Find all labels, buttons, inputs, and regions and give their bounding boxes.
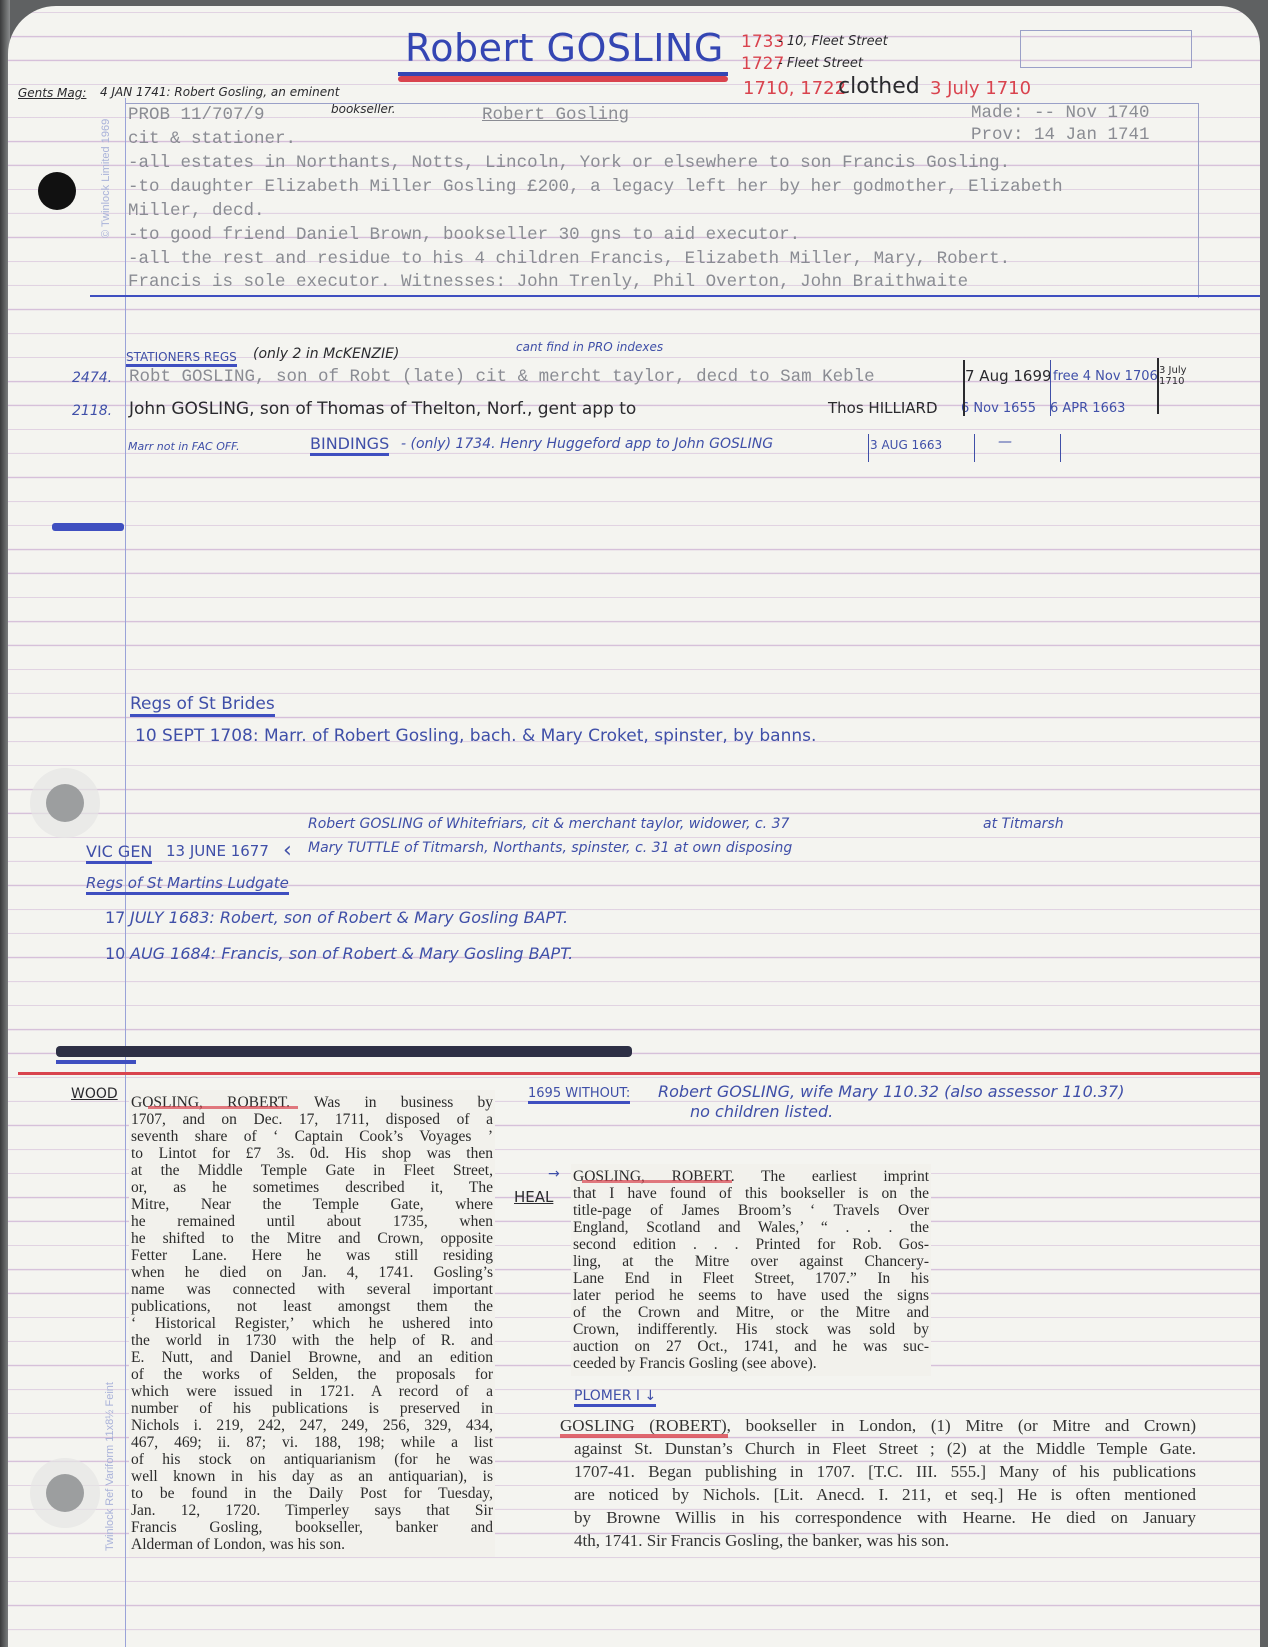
clothed-date-column: 3 July 1710 <box>1159 365 1189 387</box>
wood-line: Jan. 12, 1720. Timperley says that Sir <box>131 1502 493 1519</box>
entry-number: 2118. <box>72 403 112 419</box>
wood-line: or, as he sometimes described it, The <box>131 1179 493 1196</box>
plomer-line: against St. Dunstan’s Church in Fleet St… <box>560 1437 1196 1460</box>
wood-line: he shifted to the Mitre and Crown, oppos… <box>131 1230 493 1247</box>
wood-line: E. Nutt, and Daniel Browne, and an editi… <box>131 1349 493 1366</box>
stationers-entry: John GOSLING, son of Thomas of Thelton, … <box>129 399 636 419</box>
will-made-date: Made: -- Nov 1740 <box>971 103 1150 123</box>
section-divider-red <box>18 1072 1260 1075</box>
column-divider <box>963 360 965 416</box>
column-divider <box>1060 434 1061 462</box>
stationers-entry: Robt GOSLING, son of Robt (late) cit & m… <box>129 367 875 387</box>
heal-clipping: GOSLING, ROBERT. The earliest imprint th… <box>571 1164 931 1376</box>
will-line: cit & stationer. <box>128 129 296 149</box>
baptism-day: 10 <box>105 944 125 963</box>
wood-line: 1707, and on Dec. 17, 1711, disposed of … <box>131 1111 493 1128</box>
plomer-heading: PLOMER I ↓ <box>574 1388 656 1407</box>
column-divider <box>868 434 869 462</box>
clothed-label: clothed <box>838 74 920 99</box>
st-brides-heading-text: Regs of St Brides <box>130 694 275 717</box>
wood-line: ‘ Historical Register,’ which he ushered… <box>131 1315 493 1332</box>
without-text: Robert GOSLING, wife Mary 110.32 (also a… <box>658 1082 1124 1101</box>
will-testator: Robert Gosling <box>482 105 629 125</box>
title-underline-red <box>398 76 728 82</box>
column-divider <box>974 434 975 462</box>
bindings-heading: BINDINGS <box>310 434 389 456</box>
wood-line: the world in 1730 with the help of R. an… <box>131 1332 493 1349</box>
wood-line: to be found in the Daily Post for Tuesda… <box>131 1485 493 1502</box>
will-line: -to good friend Daniel Brown, bookseller… <box>128 225 800 245</box>
heal-line: title-page of James Broom’s ‘ Travels Ov… <box>573 1202 929 1219</box>
printer-mark-top: © Twinlock Limited 1969 <box>100 119 112 238</box>
bound-date: 7 Aug 1699 <box>965 367 1052 385</box>
will-line: -all estates in Northants, Notts, Lincol… <box>128 153 1010 173</box>
plomer-line: 1707-41. Began publishing in 1707. [T.C.… <box>560 1460 1196 1483</box>
vicgen-label: VIC GEN <box>86 842 152 861</box>
plomer-line: 4th, 1741. Sir Francis Gosling, the bank… <box>560 1529 1196 1552</box>
wood-line: which were issued in 1721. A record of a <box>131 1383 493 1400</box>
marr-note: Marr not in FAC OFF. <box>128 440 240 453</box>
stationers-aside: cant find in PRO indexes <box>516 340 663 354</box>
clothed-date: 3 July 1710 <box>930 78 1031 99</box>
gents-mag-text: 4 JAN 1741: Robert Gosling, an eminent <box>100 85 339 99</box>
record-card: © Twinlock Limited 1969 Twinlock Ref Var… <box>8 6 1260 1647</box>
wood-line: Mitre, Near the Temple Gate, where <box>131 1196 493 1213</box>
bindings-label: BINDINGS <box>310 434 389 453</box>
wood-line: at the Middle Temple Gate in Fleet Stree… <box>131 1162 493 1179</box>
stationers-note: (only 2 in McKENZIE) <box>253 346 399 362</box>
wood-label: WOOD <box>71 1086 118 1102</box>
wood-line: to Lintot for £7 3s. 0d. His shop was th… <box>131 1145 493 1162</box>
punch-hole-bottom <box>46 1474 84 1512</box>
wood-line: name was connected with several importan… <box>131 1281 493 1298</box>
arrow-right-icon: → <box>548 1166 560 1182</box>
punch-hole-middle <box>46 784 84 822</box>
vicgen-line-1: Robert GOSLING of Whitefriars, cit & mer… <box>308 816 789 832</box>
will-line: -to daughter Elizabeth Miller Gosling £2… <box>128 177 1063 197</box>
entry-number: 2474. <box>72 370 112 386</box>
wood-line: of his stock on antiquarianism (for he w… <box>131 1451 493 1468</box>
plomer-highlight <box>560 1434 728 1438</box>
printer-mark-bottom: Twinlock Ref Variform 11x8½ Feint <box>104 1382 116 1551</box>
vicgen-marker <box>52 523 124 531</box>
wood-line: of the works of Selden, the proposals fo… <box>131 1366 493 1383</box>
wood-line: 467, 469; ii. 87; vi. 188, 198; while a … <box>131 1434 493 1451</box>
plomer-line: by Browne Willis in his correspondence w… <box>560 1506 1196 1529</box>
punch-hole-top <box>38 172 76 210</box>
will-reference: PROB 11/707/9 <box>128 105 265 125</box>
heal-line: Crown, indifferently. His stock was sold… <box>573 1321 929 1338</box>
baptism-entry: AUG 1684: Francis, son of Robert & Mary … <box>130 944 573 963</box>
heal-line: auction on 27 Oct., 1741, and he was suc… <box>573 1338 929 1355</box>
margin-line <box>125 98 126 1647</box>
st-martins-heading-text: Regs of St Martins Ludgate <box>86 874 289 895</box>
heal-line: that I have found of this bookseller is … <box>573 1185 929 1202</box>
st-brides-heading: Regs of St Brides <box>130 694 275 714</box>
heal-line: of the Crown and Mitre, or the Mitre and <box>573 1304 929 1321</box>
page-title: Robert GOSLING <box>405 26 724 70</box>
index-box <box>1020 30 1192 68</box>
wood-line: Fetter Lane. Here he was still residing <box>131 1247 493 1264</box>
bound-date: 6 Nov 1655 <box>961 401 1036 416</box>
bindings-text: - (only) 1734. Henry Huggeford app to Jo… <box>401 436 773 452</box>
heal-label: HEAL <box>514 1188 553 1206</box>
vicgen-aside: at Titmarsh <box>983 816 1064 832</box>
clothed-years: 1710, 1722 <box>743 78 846 99</box>
will-line: Francis is sole executor. Witnesses: Joh… <box>128 272 968 292</box>
bindings-date: 3 AUG 1663 <box>870 438 942 452</box>
without-heading: 1695 WITHOUT: <box>528 1086 630 1104</box>
heal-line: second edition . . . Printed for Rob. Go… <box>573 1236 929 1253</box>
st-martins-heading: Regs of St Martins Ludgate <box>86 874 289 892</box>
wood-clipping: GOSLING, ROBERT. Was in business by 1707… <box>129 1090 495 1557</box>
heal-line: Lane End in Fleet Street, 1707.” In his <box>573 1270 929 1287</box>
address-text-2: - Fleet Street <box>778 56 863 71</box>
plomer-line: are noticed by Nichols. [Lit. Anecd. I. … <box>560 1483 1196 1506</box>
vicgen-date: 13 JUNE 1677 <box>166 842 269 860</box>
wood-line: when he died on Jan. 4, 1741. Gosling’s <box>131 1264 493 1281</box>
plomer-label: PLOMER I ↓ <box>574 1388 656 1404</box>
section-divider <box>90 295 1260 297</box>
wood-line: Alderman of London, was his son. <box>131 1536 493 1553</box>
column-divider <box>1157 358 1159 414</box>
column-divider <box>1050 360 1051 416</box>
wood-line: Francis Gosling, bookseller, banker and <box>131 1519 493 1536</box>
wood-line: well known in his day as an antiquarian)… <box>131 1468 493 1485</box>
brace-icon: ‹ <box>283 838 292 863</box>
free-date: 6 APR 1663 <box>1050 401 1125 416</box>
heal-line: ling, at the Mitre over against Chancery… <box>573 1253 929 1270</box>
free-date: free 4 Nov 1706 <box>1053 369 1158 384</box>
vicgen-line-2: Mary TUTTLE of Titmarsh, Northants, spin… <box>308 840 792 856</box>
wood-highlight <box>148 1106 298 1109</box>
stationers-heading: STATIONERS REGS <box>126 350 237 364</box>
without-text-2: no children listed. <box>690 1102 833 1121</box>
heal-highlight <box>582 1180 732 1183</box>
struck-out-entry <box>56 1046 632 1057</box>
bindings-dash: — <box>998 434 1012 450</box>
baptism-day: 17 <box>105 908 125 927</box>
heal-line: England, Scotland and Wales,’ “ . . . th… <box>573 1219 929 1236</box>
will-line: Miller, decd. <box>128 201 265 221</box>
struck-underline <box>56 1060 136 1064</box>
vicgen-heading: VIC GEN <box>86 842 152 864</box>
without-label: 1695 WITHOUT: <box>528 1086 630 1101</box>
wood-line: seventh share of ‘ Captain Cook’s Voyage… <box>131 1128 493 1145</box>
wood-line: publications, not least amongst them the <box>131 1298 493 1315</box>
gents-mag-label: Gents Mag: <box>18 86 86 100</box>
wood-line: number of his publications is preserved … <box>131 1400 493 1417</box>
wood-line: Nichols i. 219, 242, 247, 249, 256, 329,… <box>131 1417 493 1434</box>
heal-line: later period he seems to have used the s… <box>573 1287 929 1304</box>
stationers-heading-text: STATIONERS REGS <box>126 350 237 367</box>
baptism-entry: JULY 1683: Robert, son of Robert & Mary … <box>130 908 568 927</box>
will-proved-date: Prov: 14 Jan 1741 <box>971 125 1150 145</box>
wood-line: he remained until about 1735, when <box>131 1213 493 1230</box>
master-name: Thos HILLIARD <box>828 399 938 417</box>
will-line: -all the rest and residue to his 4 child… <box>128 249 1010 269</box>
heal-line: ceeded by Francis Gosling (see above). <box>573 1355 929 1372</box>
address-text-1: - 10, Fleet Street <box>778 34 888 49</box>
st-brides-entry: 10 SEPT 1708: Marr. of Robert Gosling, b… <box>135 726 816 746</box>
gents-mag-source: Gents Mag: <box>18 86 86 100</box>
